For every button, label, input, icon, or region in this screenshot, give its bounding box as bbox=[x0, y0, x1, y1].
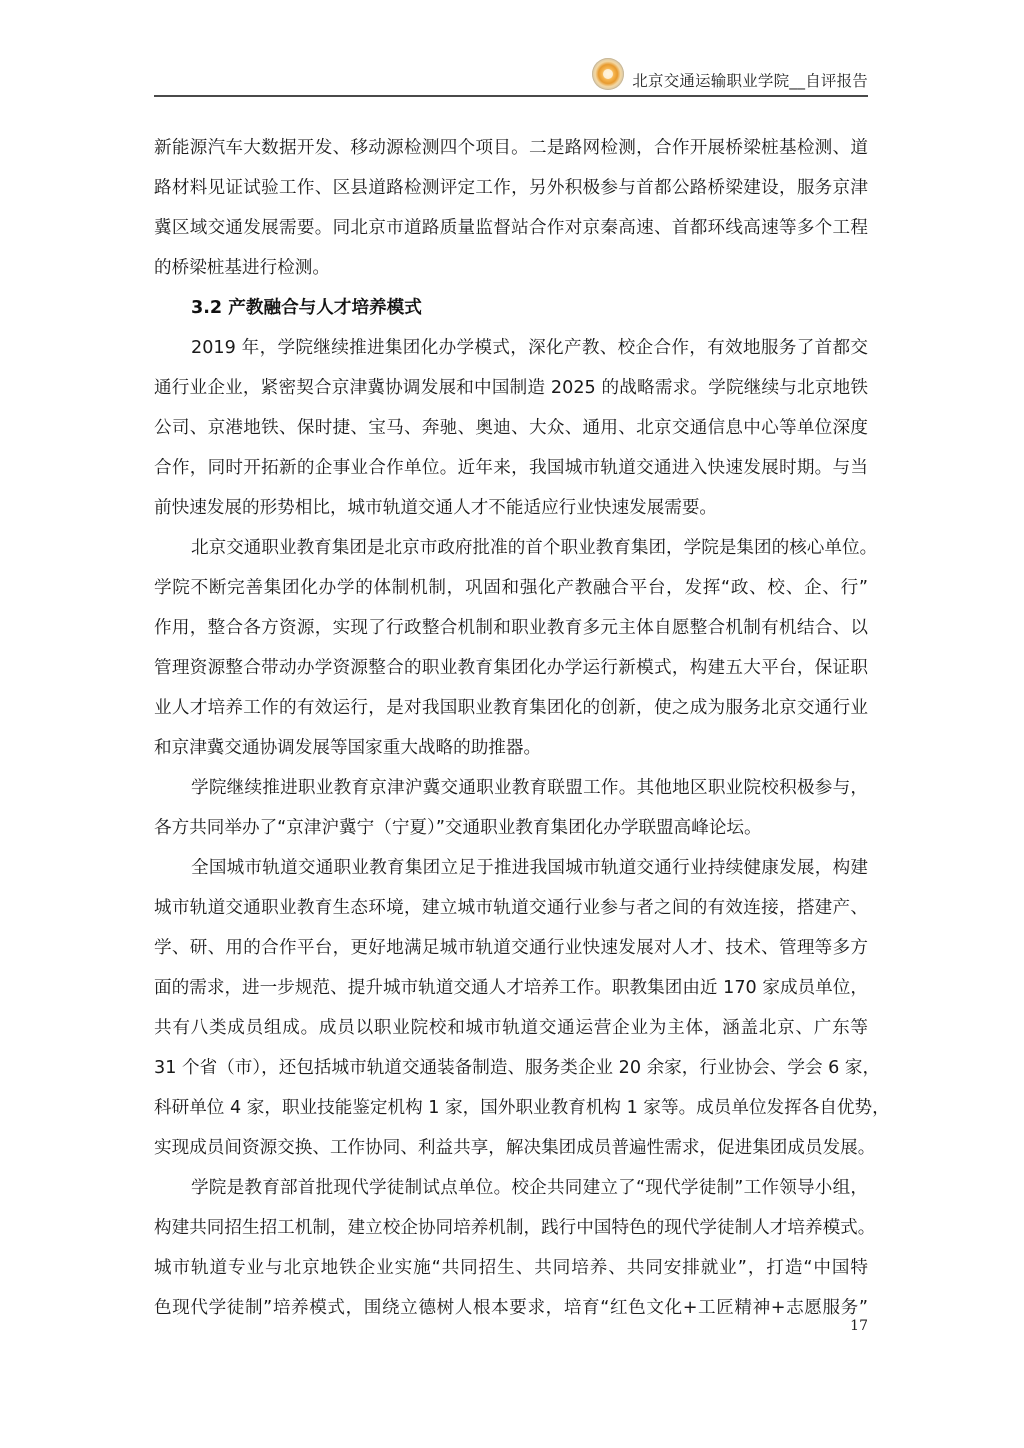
text-line: 2019 年，学院继续推进集团化办学模式，深化产教、校企合作，有效地服务了首都交 bbox=[154, 328, 868, 368]
text-line: 实现成员间资源交换、工作协同、利益共享，解决集团成员普遍性需求，促进集团成员发展… bbox=[154, 1128, 868, 1168]
text-line: 冀区域交通发展需要。同北京市道路质量监督站合作对京秦高速、首都环线高速等多个工程 bbox=[154, 208, 868, 248]
text-line: 学院不断完善集团化办学的体制机制，巩固和强化产教融合平台，发挥“政、校、企、行” bbox=[154, 568, 868, 608]
section-heading: 3.2 产教融合与人才培养模式 bbox=[154, 288, 868, 328]
paragraph-rail-transit-group: 全国城市轨道交通职业教育集团立足于推进我国城市轨道交通行业持续健康发展，构建 城… bbox=[154, 848, 868, 1168]
text-line: 和京津冀交通协调发展等国家重大战略的助推器。 bbox=[154, 728, 868, 768]
text-line: 路材料见证试验工作、区县道路检测评定工作，另外积极参与首都公路桥梁建设，服务京津 bbox=[154, 168, 868, 208]
page-header: 北京交通运输职业学院__自评报告 bbox=[154, 58, 868, 98]
text-line: 管理资源整合带动办学资源整合的职业教育集团化办学运行新模式，构建五大平台，保证职 bbox=[154, 648, 868, 688]
text-line: 31 个省（市），还包括城市轨道交通装备制造、服务类企业 20 余家，行业协会、… bbox=[154, 1048, 868, 1088]
text-line: 公司、京港地铁、保时捷、宝马、奔驰、奥迪、大众、通用、北京交通信息中心等单位深度 bbox=[154, 408, 868, 448]
page-number: 17 bbox=[850, 1318, 868, 1334]
text-line: 新能源汽车大数据开发、移动源检测四个项目。二是路网检测，合作开展桥梁桩基检测、道 bbox=[154, 128, 868, 168]
text-line: 北京交通职业教育集团是北京市政府批准的首个职业教育集团，学院是集团的核心单位。 bbox=[154, 528, 868, 568]
paragraph-apprenticeship: 学院是教育部首批现代学徒制试点单位。校企共同建立了“现代学徒制”工作领导小组， … bbox=[154, 1168, 868, 1328]
paragraph-road-testing: 新能源汽车大数据开发、移动源检测四个项目。二是路网检测，合作开展桥梁桩基检测、道… bbox=[154, 128, 868, 288]
text-line: 面的需求，进一步规范、提升城市轨道交通人才培养工作。职教集团由近 170 家成员… bbox=[154, 968, 868, 1008]
text-line: 学院继续推进职业教育京津沪冀交通职业教育联盟工作。其他地区职业院校积极参与， bbox=[154, 768, 868, 808]
text-line: 构建共同招生招工机制，建立校企协同培养机制，践行中国特色的现代学徒制人才培养模式… bbox=[154, 1208, 868, 1248]
text-line: 共有八类成员组成。成员以职业院校和城市轨道交通运营企业为主体，涵盖北京、广东等 bbox=[154, 1008, 868, 1048]
paragraph-group-schooling: 2019 年，学院继续推进集团化办学模式，深化产教、校企合作，有效地服务了首都交… bbox=[154, 328, 868, 528]
college-emblem-icon bbox=[592, 58, 624, 90]
text-line: 色现代学徒制”培养模式，围绕立德树人根本要求，培育“红色文化+工匠精神+志愿服务… bbox=[154, 1288, 868, 1328]
text-line: 科研单位 4 家，职业技能鉴定机构 1 家，国外职业教育机构 1 家等。成员单位… bbox=[154, 1088, 868, 1128]
text-line: 城市轨道交通职业教育生态环境，建立城市轨道交通行业参与者之间的有效连接，搭建产、 bbox=[154, 888, 868, 928]
text-line: 前快速发展的形势相比，城市轨道交通人才不能适应行业快速发展需要。 bbox=[154, 488, 868, 528]
text-line: 各方共同举办了“京津沪冀宁（宁夏）”交通职业教育集团化办学联盟高峰论坛。 bbox=[154, 808, 868, 848]
text-line: 学院是教育部首批现代学徒制试点单位。校企共同建立了“现代学徒制”工作领导小组， bbox=[154, 1168, 868, 1208]
header-title: 北京交通运输职业学院__自评报告 bbox=[632, 71, 868, 91]
document-body: 新能源汽车大数据开发、移动源检测四个项目。二是路网检测，合作开展桥梁桩基检测、道… bbox=[154, 128, 868, 1328]
text-line: 全国城市轨道交通职业教育集团立足于推进我国城市轨道交通行业持续健康发展，构建 bbox=[154, 848, 868, 888]
header-divider bbox=[154, 95, 868, 97]
text-line: 城市轨道专业与北京地铁企业实施“共同招生、共同培养、共同安排就业”，打造“中国特 bbox=[154, 1248, 868, 1288]
paragraph-vocational-group: 北京交通职业教育集团是北京市政府批准的首个职业教育集团，学院是集团的核心单位。 … bbox=[154, 528, 868, 768]
text-line: 合作，同时开拓新的企事业合作单位。近年来，我国城市轨道交通进入快速发展时期。与当 bbox=[154, 448, 868, 488]
text-line: 业人才培养工作的有效运行，是对我国职业教育集团化的创新，使之成为服务北京交通行业 bbox=[154, 688, 868, 728]
text-line: 学、研、用的合作平台，更好地满足城市轨道交通行业快速发展对人才、技术、管理等多方 bbox=[154, 928, 868, 968]
paragraph-alliance: 学院继续推进职业教育京津沪冀交通职业教育联盟工作。其他地区职业院校积极参与， 各… bbox=[154, 768, 868, 848]
text-line: 通行业企业，紧密契合京津冀协调发展和中国制造 2025 的战略需求。学院继续与北… bbox=[154, 368, 868, 408]
text-line: 的桥梁桩基进行检测。 bbox=[154, 248, 868, 288]
text-line: 作用，整合各方资源，实现了行政整合机制和职业教育多元主体自愿整合机制有机结合、以 bbox=[154, 608, 868, 648]
